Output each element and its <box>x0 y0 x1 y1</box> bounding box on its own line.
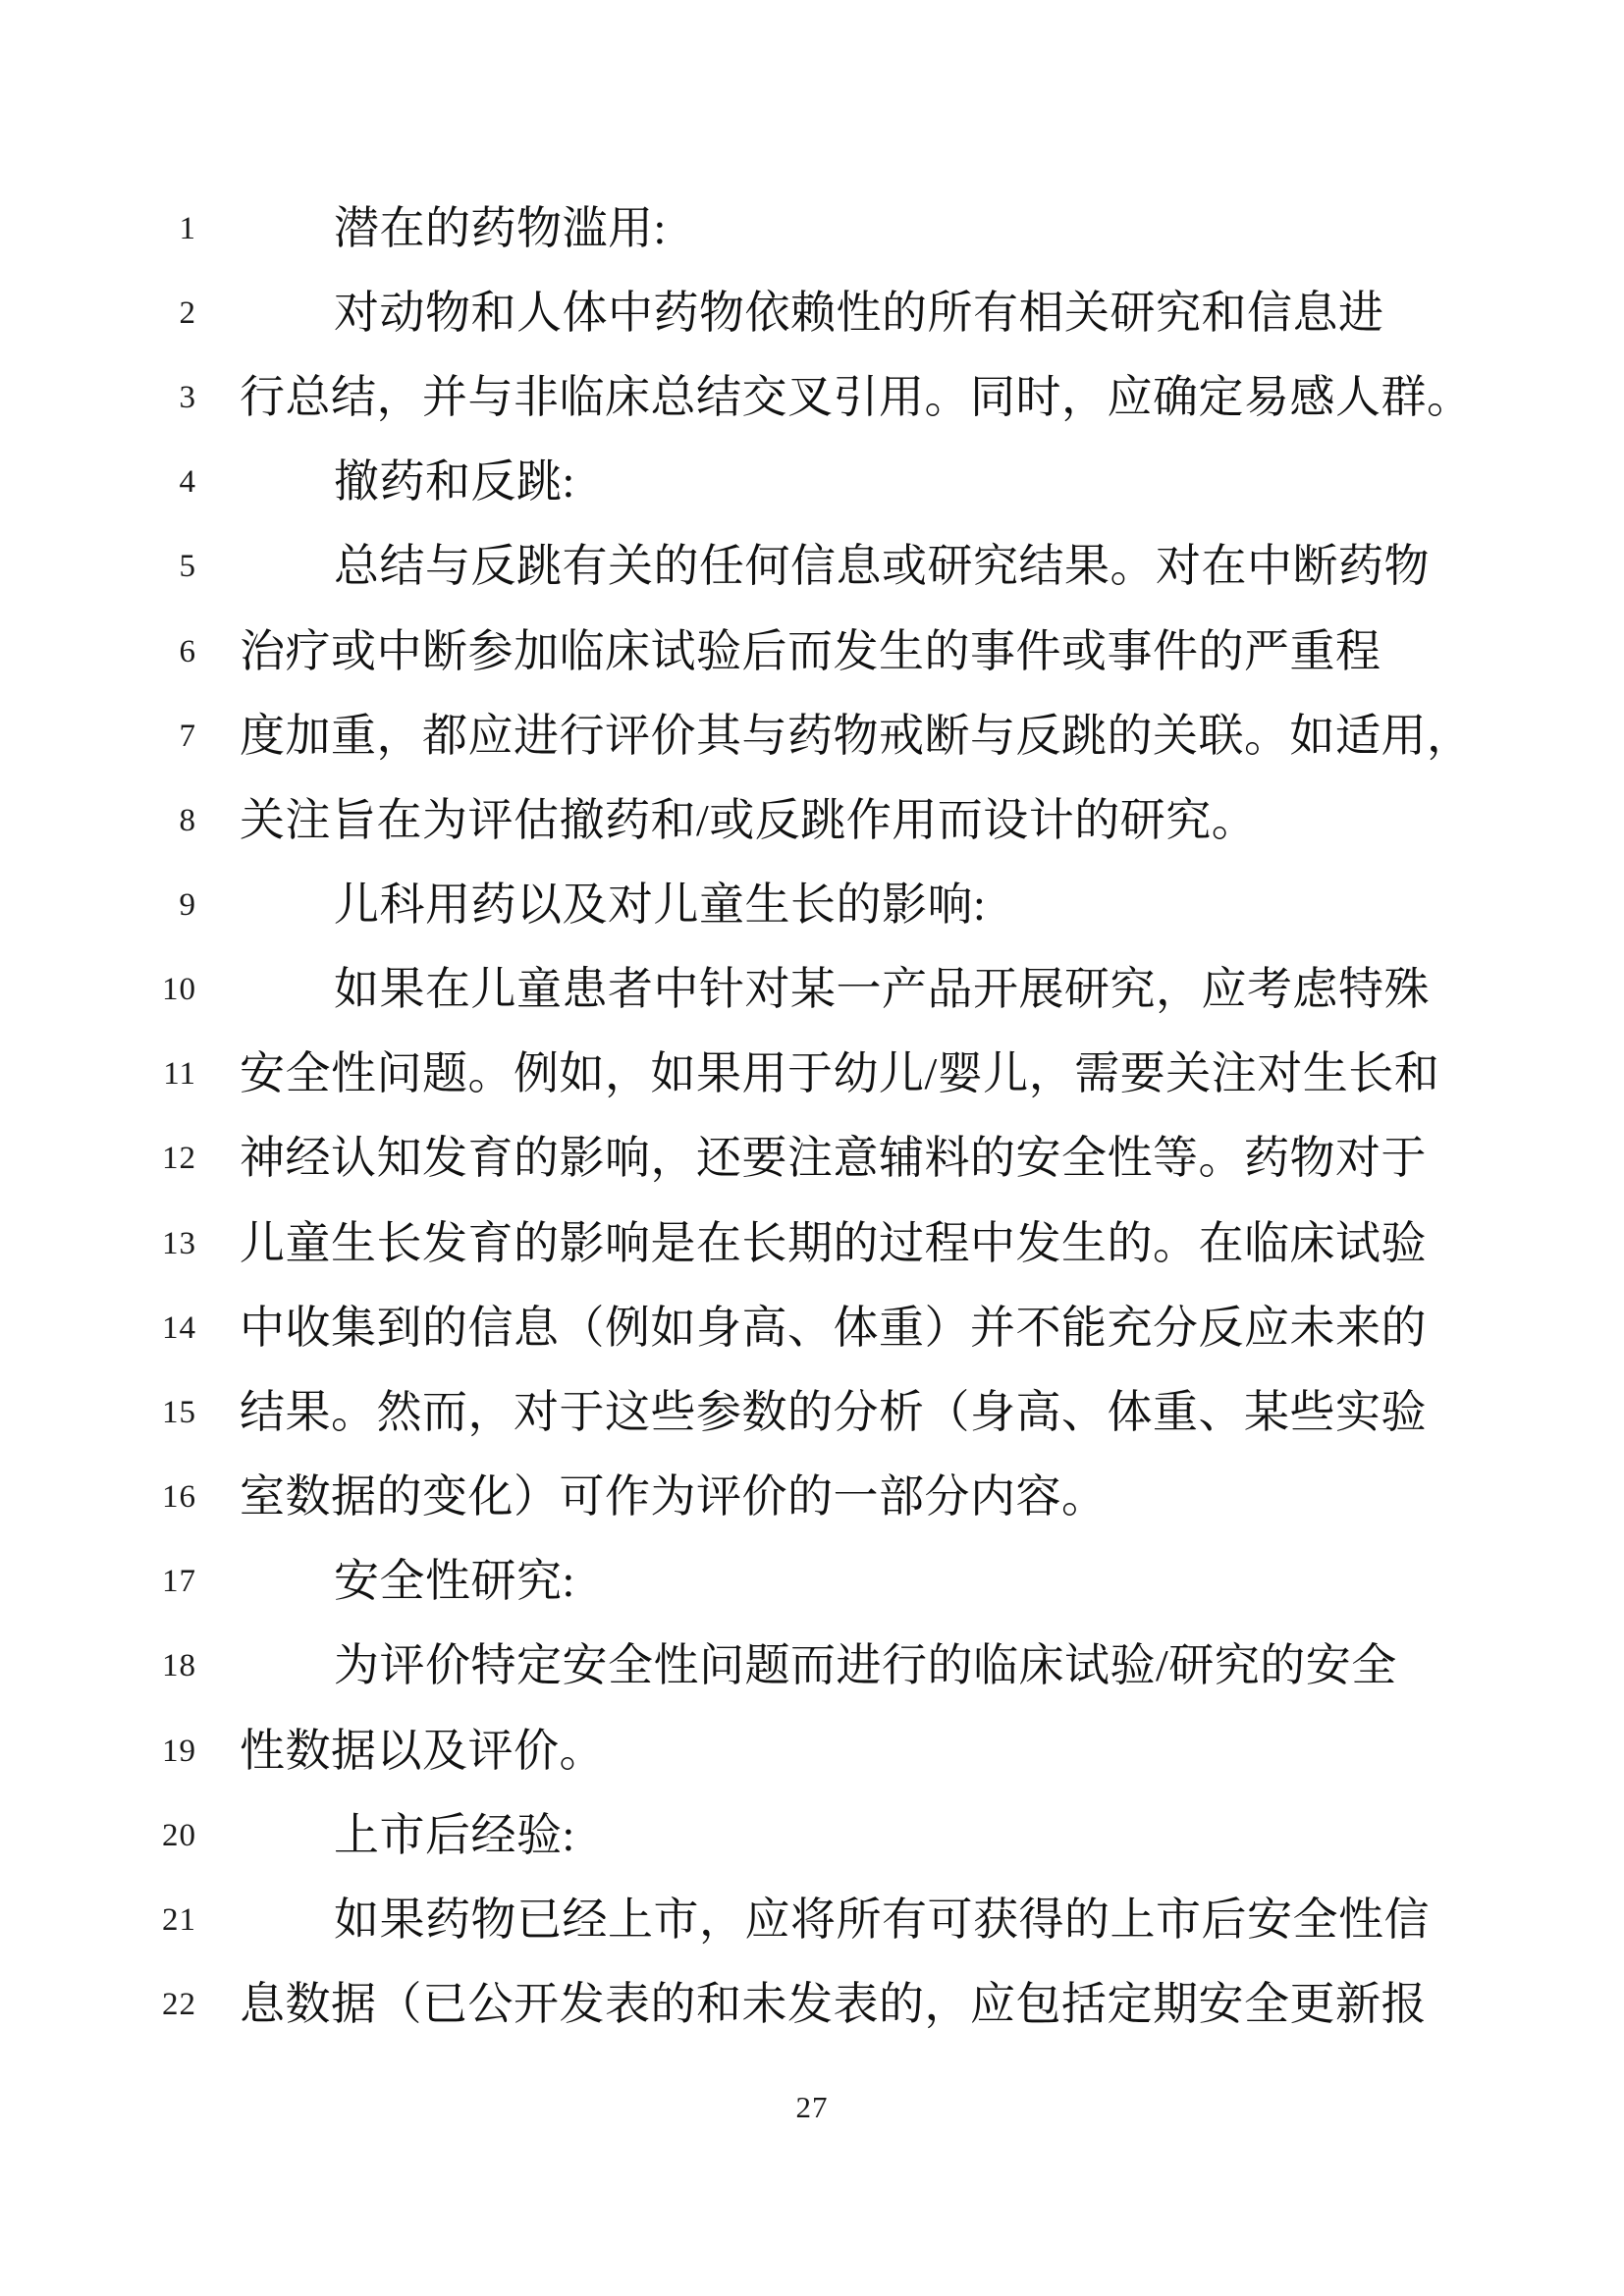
line-number: 15 <box>59 1370 196 1455</box>
text-line: 9 儿科用药以及对儿童生长的影响: <box>0 863 1624 947</box>
line-text: 息数据（已公开发表的和未发表的，应包括定期安全更新报 <box>240 1962 1427 2047</box>
text-line: 3 行总结，并与非临床总结交叉引用。同时，应确定易感人群。 <box>0 355 1624 440</box>
line-number: 22 <box>59 1962 196 2047</box>
text-line: 7 度加重，都应进行评价其与药物戒断与反跳的关联。如适用， <box>0 694 1624 778</box>
text-line: 19 性数据以及评价。 <box>0 1709 1624 1793</box>
line-number: 17 <box>59 1539 196 1624</box>
line-text: 安全性研究: <box>334 1539 575 1624</box>
line-text: 性数据以及评价。 <box>240 1709 605 1793</box>
line-text: 室数据的变化）可作为评价的一部分内容。 <box>240 1455 1108 1539</box>
line-text: 儿科用药以及对儿童生长的影响: <box>334 863 986 947</box>
text-line: 5 总结与反跳有关的任何信息或研究结果。对在中断药物 <box>0 524 1624 609</box>
text-line: 21 如果药物已经上市，应将所有可获得的上市后安全性信 <box>0 1878 1624 1962</box>
line-number: 1 <box>59 187 196 271</box>
line-number: 14 <box>59 1286 196 1370</box>
line-number: 20 <box>59 1793 196 1878</box>
text-line: 15 结果。然而，对于这些参数的分析（身高、体重、某些实验 <box>0 1370 1624 1455</box>
text-line: 16 室数据的变化）可作为评价的一部分内容。 <box>0 1455 1624 1539</box>
line-number: 6 <box>59 610 196 694</box>
line-text: 安全性问题。例如，如果用于幼儿/婴儿，需要关注对生长和 <box>240 1032 1439 1116</box>
text-line: 17 安全性研究: <box>0 1539 1624 1624</box>
text-line: 18 为评价特定安全性问题而进行的临床试验/研究的安全 <box>0 1624 1624 1708</box>
document-page: 1 潜在的药物滥用: 2 对动物和人体中药物依赖性的所有相关研究和信息进 3 行… <box>0 0 1624 2296</box>
line-text: 潜在的药物滥用: <box>334 187 667 271</box>
line-text: 撤药和反跳: <box>334 440 575 524</box>
line-number: 13 <box>59 1201 196 1286</box>
line-number: 7 <box>59 694 196 778</box>
line-text: 如果药物已经上市，应将所有可获得的上市后安全性信 <box>334 1878 1430 1962</box>
line-text: 神经认知发育的影响，还要注意辅料的安全性等。药物对于 <box>240 1116 1427 1201</box>
line-text: 行总结，并与非临床总结交叉引用。同时，应确定易感人群。 <box>240 355 1473 440</box>
line-number: 4 <box>59 440 196 524</box>
line-text: 关注旨在为评估撤药和/或反跳作用而设计的研究。 <box>240 778 1257 863</box>
text-line: 8 关注旨在为评估撤药和/或反跳作用而设计的研究。 <box>0 778 1624 863</box>
line-number: 12 <box>59 1116 196 1201</box>
line-number: 16 <box>59 1455 196 1539</box>
line-number: 10 <box>59 947 196 1032</box>
line-text: 儿童生长发育的影响是在长期的过程中发生的。在临床试验 <box>240 1201 1427 1286</box>
line-text: 中收集到的信息（例如身高、体重）并不能充分反应未来的 <box>240 1286 1427 1370</box>
line-number: 2 <box>59 271 196 355</box>
line-text: 对动物和人体中药物依赖性的所有相关研究和信息进 <box>334 271 1384 355</box>
line-text: 如果在儿童患者中针对某一产品开展研究，应考虑特殊 <box>334 947 1430 1032</box>
line-number: 9 <box>59 863 196 947</box>
line-number: 21 <box>59 1878 196 1962</box>
text-line: 1 潜在的药物滥用: <box>0 187 1624 271</box>
line-number: 18 <box>59 1624 196 1708</box>
text-line: 4 撤药和反跳: <box>0 440 1624 524</box>
line-number: 19 <box>59 1709 196 1793</box>
line-text: 度加重，都应进行评价其与药物戒断与反跳的关联。如适用， <box>240 694 1473 778</box>
line-text: 上市后经验: <box>334 1793 575 1878</box>
line-number: 3 <box>59 355 196 440</box>
text-line: 22 息数据（已公开发表的和未发表的，应包括定期安全更新报 <box>0 1962 1624 2047</box>
line-text: 结果。然而，对于这些参数的分析（身高、体重、某些实验 <box>240 1370 1427 1455</box>
line-text: 治疗或中断参加临床试验后而发生的事件或事件的严重程 <box>240 610 1381 694</box>
text-line: 2 对动物和人体中药物依赖性的所有相关研究和信息进 <box>0 271 1624 355</box>
text-line: 6 治疗或中断参加临床试验后而发生的事件或事件的严重程 <box>0 610 1624 694</box>
line-number: 11 <box>59 1032 196 1116</box>
line-number: 8 <box>59 778 196 863</box>
line-text: 总结与反跳有关的任何信息或研究结果。对在中断药物 <box>334 524 1430 609</box>
text-line: 12 神经认知发育的影响，还要注意辅料的安全性等。药物对于 <box>0 1116 1624 1201</box>
page-number: 27 <box>0 2065 1624 2150</box>
text-line: 11 安全性问题。例如，如果用于幼儿/婴儿，需要关注对生长和 <box>0 1032 1624 1116</box>
text-line: 13 儿童生长发育的影响是在长期的过程中发生的。在临床试验 <box>0 1201 1624 1286</box>
line-text: 为评价特定安全性问题而进行的临床试验/研究的安全 <box>334 1624 1397 1708</box>
text-line: 14 中收集到的信息（例如身高、体重）并不能充分反应未来的 <box>0 1286 1624 1370</box>
text-line: 10 如果在儿童患者中针对某一产品开展研究，应考虑特殊 <box>0 947 1624 1032</box>
line-number: 5 <box>59 524 196 609</box>
text-line: 20 上市后经验: <box>0 1793 1624 1878</box>
